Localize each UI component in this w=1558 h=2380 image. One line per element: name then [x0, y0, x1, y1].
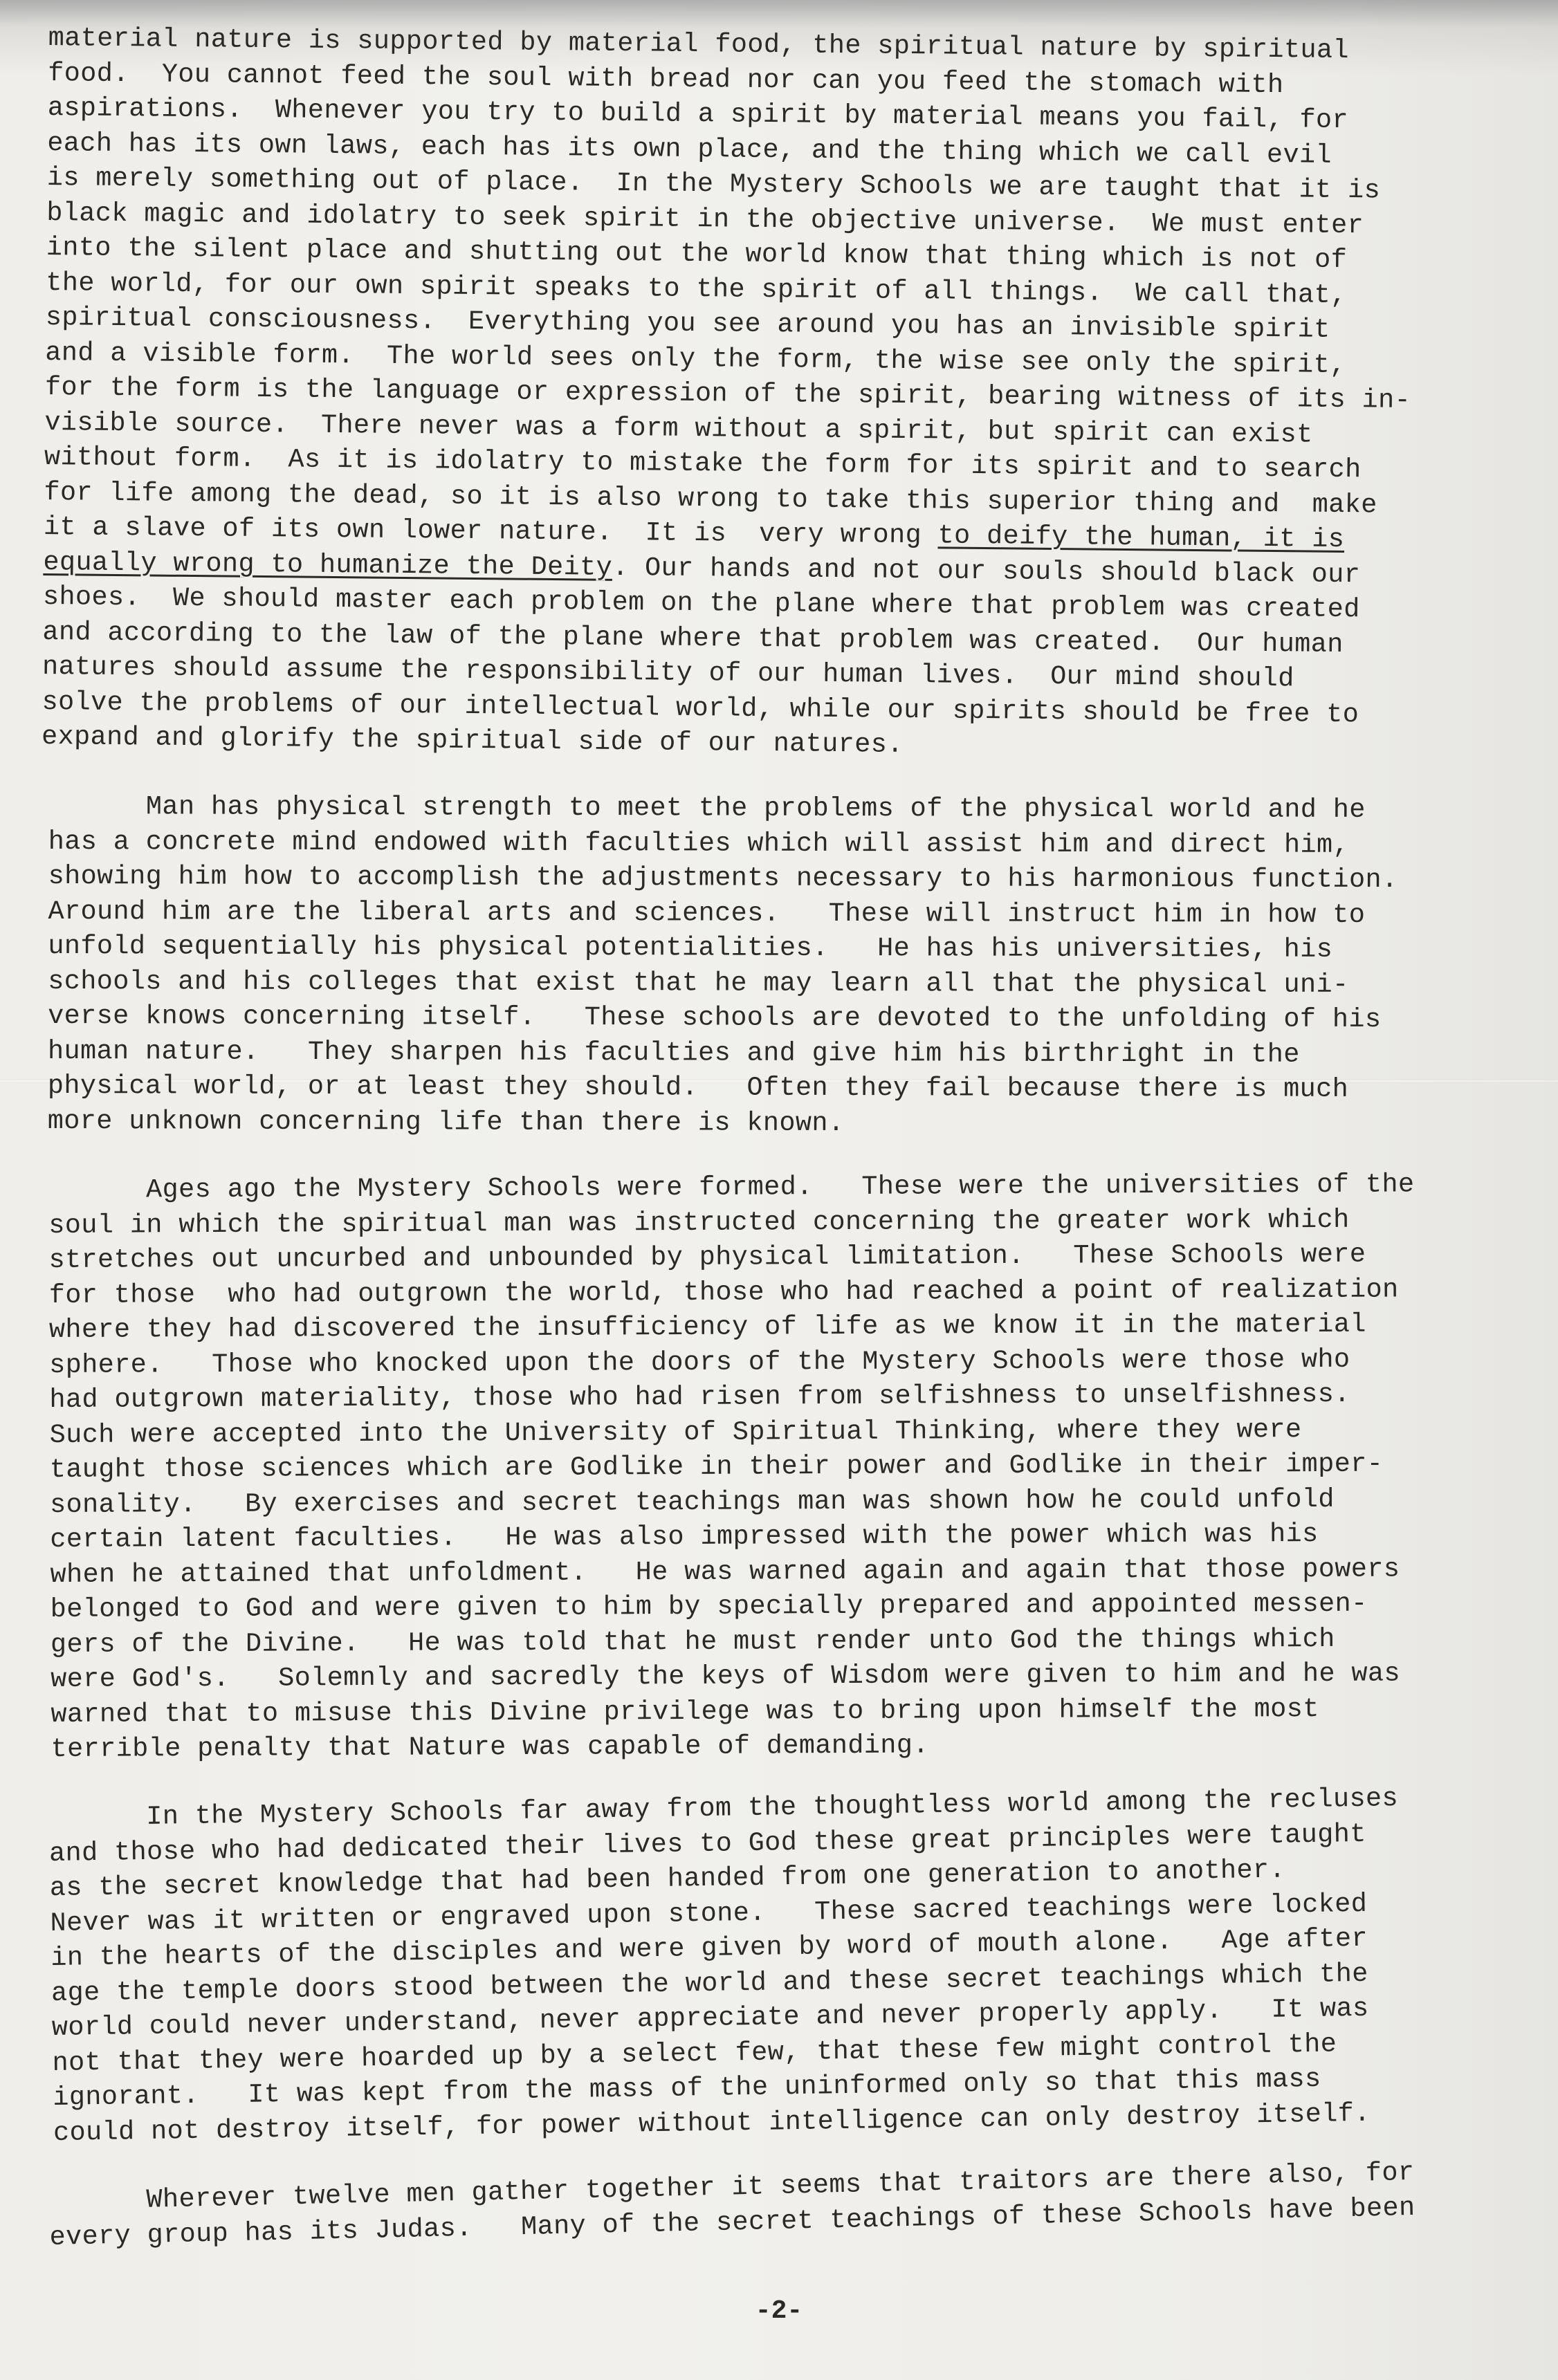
text-line: for those who had outgrown the world, th… — [49, 1271, 1516, 1313]
text-line: showing him how to accomplish the adjust… — [48, 858, 1515, 897]
paragraph-3: Ages ago the Mystery Schools were formed… — [48, 1166, 1518, 1766]
text-line: had outgrown materiality, those who had … — [49, 1376, 1516, 1417]
paragraph-1: material nature is supported by material… — [42, 21, 1515, 768]
text-line: gers of the Divine. He was told that he … — [51, 1621, 1517, 1662]
document-body: material nature is supported by material… — [48, 21, 1515, 2255]
text-line: verse knows concerning itself. These sch… — [48, 998, 1514, 1037]
text-line: terrible penalty that Nature was capable… — [51, 1725, 1518, 1766]
text-line: when he attained that unfoldment. He was… — [50, 1551, 1516, 1592]
document-page: material nature is supported by material… — [0, 0, 1558, 2380]
text-line: unfold sequentially his physical potenti… — [48, 928, 1514, 967]
text-line: schools and his colleges that exist that… — [48, 963, 1514, 1002]
text-line: human nature. They sharpen his faculties… — [48, 1033, 1514, 1072]
text-line: warned that to misuse this Divine privil… — [51, 1690, 1517, 1732]
text-line: sonality. By exercises and secret teachi… — [50, 1481, 1516, 1522]
text-line: Man has physical strength to meet the pr… — [48, 789, 1515, 828]
text-line: sphere. Those who knocked upon the doors… — [49, 1341, 1516, 1383]
page-number: -2- — [0, 2296, 1558, 2326]
paragraph-4: In the Mystery Schools far away from the… — [48, 1780, 1520, 2150]
text-line: has a concrete mind endowed with faculti… — [48, 824, 1515, 862]
line-text: . Our hands and not our souls should bla… — [612, 552, 1361, 589]
text-line: physical world, or at least they should.… — [48, 1068, 1514, 1107]
text-line: belonged to God and were given to him by… — [51, 1585, 1517, 1627]
text-line: certain latent faculties. He was also im… — [50, 1515, 1516, 1557]
paragraph-2: Man has physical strength to meet the pr… — [48, 789, 1515, 1143]
text-line: where they had discovered the insufficie… — [49, 1306, 1516, 1347]
text-line: were God's. Solemnly and sacredly the ke… — [51, 1655, 1517, 1697]
paragraph-5: Wherever twelve men gather together it s… — [48, 2153, 1516, 2255]
underlined-phrase: to deify the human, it is — [937, 520, 1344, 555]
text-line: Around him are the liberal arts and scie… — [48, 894, 1514, 932]
underlined-phrase: equally wrong to humanize the Deity — [43, 546, 612, 582]
text-line: Ages ago the Mystery Schools were formed… — [48, 1166, 1515, 1208]
text-line: stretches out uncurbed and unbounded by … — [48, 1236, 1515, 1277]
line-text: it a slave of its own lower nature. It i… — [44, 512, 938, 551]
text-line: Such were accepted into the University o… — [50, 1411, 1516, 1452]
text-line: more unknown concerning life than there … — [48, 1103, 1514, 1142]
text-line: taught those sciences which are Godlike … — [50, 1446, 1516, 1487]
text-line: soul in which the spiritual man was inst… — [48, 1201, 1515, 1243]
